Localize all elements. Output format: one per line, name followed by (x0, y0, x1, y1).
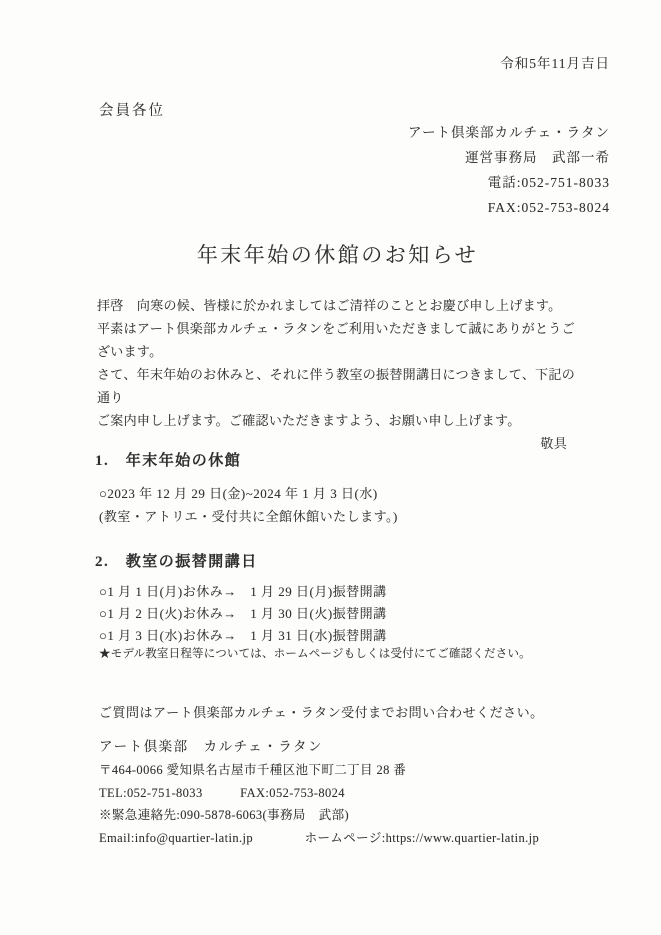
issue-date: 令和5年11月吉日 (500, 52, 610, 72)
reschedule-line: ○1 月 1 日(月)お休み→ 1 月 29 日(月)振替開講 (99, 581, 387, 603)
section2-heading: 2. 教室の振替開講日 (95, 550, 258, 571)
footer-emergency-line: ※緊急連絡先:090-5878-6063(事務局 武部) (99, 804, 579, 827)
footer-contact-block: アート倶楽部 カルチェ・ラタン 〒464-0066 愛知県名古屋市千種区池下町二… (99, 736, 579, 850)
model-class-note: ★モデル教室日程等については、ホームページもしくは受付にてご確認ください。 (99, 645, 531, 661)
inquiry-note: ご質問はアート倶楽部カルチェ・ラタン受付までお問い合わせください。 (99, 702, 544, 721)
greeting-line: 拝啓 向寒の候、皆様に於かれましてはご清祥のこととお慶び申し上げます。 (97, 294, 585, 317)
footer-email-homepage-line: Email:info@quartier-latin.jp ホームページ:http… (99, 827, 579, 850)
sender-phone: 電話:052-751-8033 (408, 170, 610, 195)
scanned-notice-document: 令和5年11月吉日 会員各位 アート倶楽部カルチェ・ラタン 運営事務局 武部一希… (0, 0, 661, 935)
footer-fax: FAX:052-753-8024 (240, 786, 345, 800)
footer-address: 〒464-0066 愛知県名古屋市千種区池下町二丁目 28 番 (99, 759, 579, 782)
recipient-line: 会員各位 (99, 99, 165, 120)
greeting-line: ご案内申し上げます。ご確認いただきますよう、お願い申し上げます。 (97, 409, 585, 432)
sender-fax: FAX:052-753-8024 (408, 195, 610, 220)
greeting-line: さて、年末年始のお休みと、それに伴う教室の振替開講日につきまして、下記の通り (97, 363, 585, 409)
page-title: 年末年始の休館のお知らせ (0, 239, 661, 269)
greeting-paragraph: 拝啓 向寒の候、皆様に於かれましてはご清祥のこととお慶び申し上げます。 平素はア… (97, 294, 585, 455)
section2-items: ○1 月 1 日(月)お休み→ 1 月 29 日(月)振替開講 ○1 月 2 日… (99, 581, 387, 647)
greeting-line: 平素はアート倶楽部カルチェ・ラタンをご利用いただきまして誠にありがとうございます… (97, 317, 585, 363)
reschedule-line: ○1 月 3 日(水)お休み→ 1 月 31 日(水)振替開講 (99, 625, 387, 647)
section1-heading: 1. 年末年始の休館 (95, 449, 241, 470)
closure-period-line: ○2023 年 12 月 29 日(金)~2024 年 1 月 3 日(水) (99, 482, 398, 505)
footer-homepage: ホームページ:https://www.quartier-latin.jp (305, 831, 540, 845)
footer-org-name: アート倶楽部 カルチェ・ラタン (99, 736, 579, 759)
footer-tel: TEL:052-751-8033 (99, 782, 203, 805)
sender-block: アート倶楽部カルチェ・ラタン 運営事務局 武部一希 電話:052-751-803… (408, 120, 610, 220)
sender-office: 運営事務局 武部一希 (408, 145, 610, 170)
closure-scope-line: (教室・アトリエ・受付共に全館休館いたします。) (99, 505, 398, 528)
reschedule-line: ○1 月 2 日(火)お休み→ 1 月 30 日(火)振替開講 (99, 603, 387, 625)
footer-tel-fax-line: TEL:052-751-8033 FAX:052-753-8024 (99, 782, 579, 805)
footer-email: Email:info@quartier-latin.jp (99, 827, 253, 850)
section1-items: ○2023 年 12 月 29 日(金)~2024 年 1 月 3 日(水) (… (99, 482, 398, 528)
sender-org: アート倶楽部カルチェ・ラタン (408, 120, 610, 145)
